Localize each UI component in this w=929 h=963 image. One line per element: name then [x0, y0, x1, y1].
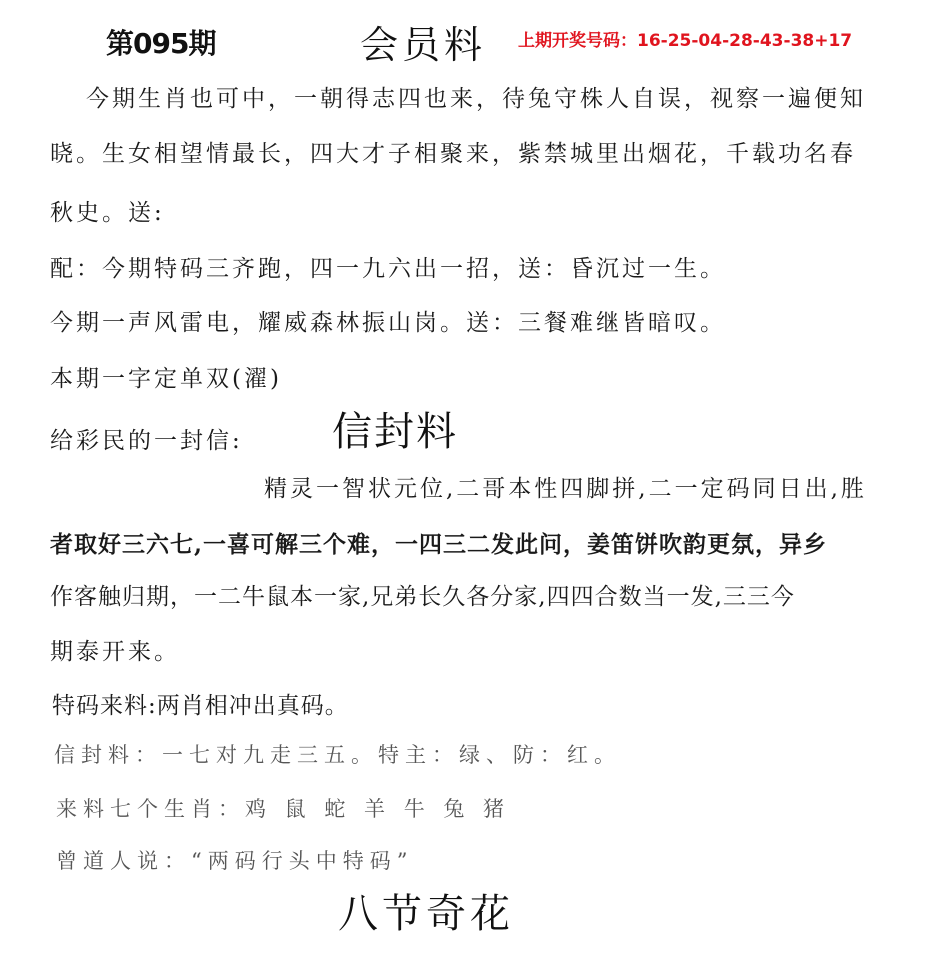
member-text-line: 配：今期特码三齐跑，四一九六出一招，送：昏沉过一生。	[50, 250, 726, 283]
note-line: 信封料：一七对九走三五。特主：绿、防：红。	[54, 739, 621, 769]
note-line: 来料七个生肖：鸡 鼠 蛇 羊 牛 兔 猪	[56, 793, 510, 823]
section-title-envelope: 信封料	[332, 400, 458, 457]
previous-draw-label: 上期开奖号码：	[518, 31, 637, 51]
letter-label: 给彩民的一封信:	[50, 422, 243, 455]
poem-line: 者取好三六七,一喜可解三个难，一四三二发此问，姜笛饼吹韵更氛，异乡	[50, 526, 827, 559]
poem-line: 期泰开来。	[50, 633, 180, 666]
member-text-line: 本期一字定单双(濯)	[50, 360, 282, 393]
previous-draw: 上期开奖号码：16-25-04-28-43-38+17	[518, 26, 852, 51]
member-text-line: 今期生肖也可中，一朝得志四也来，待兔守株人自误，视察一遍便知	[86, 80, 866, 113]
member-text-line: 晓。生女相望情最长，四大才子相聚来，紫禁城里出烟花，千载功名春	[50, 135, 856, 168]
section-title-member: 会员料	[360, 14, 486, 69]
note-line: 曾道人说：“两码行头中特码”	[56, 845, 413, 875]
note-line: 特码来料:两肖相冲出真码。	[52, 687, 349, 720]
poem-line: 作客触归期，一二牛鼠本一家,兄弟长久各分家,四四合数当一发,三三今	[50, 578, 795, 611]
member-text-line: 秋史。送:	[50, 194, 165, 227]
issue-number: 第095期	[106, 22, 215, 62]
member-text-line: 今期一声风雷电，耀威森林振山岗。送：三餐难继皆暗叹。	[50, 304, 726, 337]
previous-draw-numbers: 16-25-04-28-43-38+17	[637, 31, 852, 51]
poem-line: 精灵一智状元位,二哥本性四脚拼,二一定码同日出,胜	[264, 470, 867, 503]
section-title-footer: 八节奇花	[338, 882, 514, 939]
